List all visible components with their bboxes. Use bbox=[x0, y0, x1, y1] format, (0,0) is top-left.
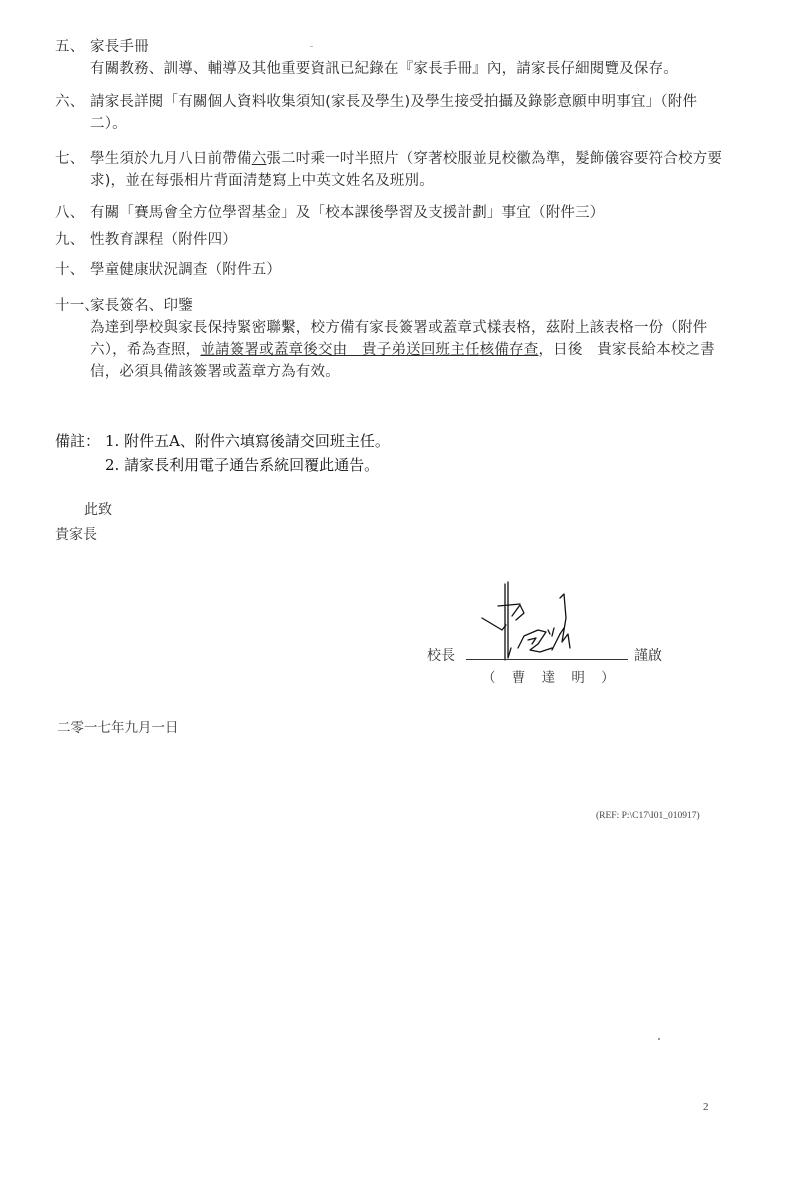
underlined-text: 並請簽署或蓋章後交由 貴子弟送回班主任核備存查 bbox=[200, 342, 538, 358]
document-page: 五、 家長手冊 有關教務、訓導、輔導及其他重要資訊已紀錄在『家長手冊』內，請家長… bbox=[0, 0, 800, 1200]
text-part: 學生須於九月八日前帶備 bbox=[90, 151, 252, 167]
section-number: 五、 bbox=[55, 36, 89, 58]
principal-label: 校長 bbox=[427, 645, 455, 665]
section-handbook: 五、 家長手冊 有關教務、訓導、輔導及其他重要資訊已紀錄在『家長手冊』內，請家長… bbox=[55, 36, 725, 80]
section-learning-fund: 八、 有關「賽馬會全方位學習基金」及「校本課後學習及支援計劃」事宜（附件三） bbox=[55, 202, 725, 224]
closing-salutation: 此致 bbox=[84, 499, 112, 519]
section-privacy-notice: 六、 請家長詳閱「有關個人資料收集須知(家長及學生)及學生接受拍攝及錄影意願申明… bbox=[55, 91, 725, 135]
signature-line bbox=[466, 659, 628, 660]
section-text: 請家長詳閱「有關個人資料收集須知(家長及學生)及學生接受拍攝及錄影意願申明事宜」… bbox=[90, 91, 725, 135]
section-text: 有關「賽馬會全方位學習基金」及「校本課後學習及支援計劃」事宜（附件三） bbox=[90, 202, 725, 224]
remarks: 備註：1. 附件五A、附件六填寫後請交回班主任。 2. 請家長利用電子通告系統回… bbox=[55, 429, 390, 477]
section-number: 十一、 bbox=[55, 295, 89, 317]
closing-recipient: 貴家長 bbox=[55, 524, 97, 544]
signature-image bbox=[480, 578, 590, 663]
scan-speck bbox=[310, 46, 313, 47]
section-text: 學童健康狀況調查（附件五） bbox=[90, 259, 725, 281]
section-title: 家長手冊 bbox=[90, 36, 725, 58]
reference-code: (REF: P:\C17\I01_010917) bbox=[596, 811, 700, 821]
section-text: 為達到學校與家長保持緊密聯繫，校方備有家長簽署或蓋章式樣表格，茲附上該表格一份（… bbox=[90, 317, 725, 383]
scan-speck bbox=[658, 1038, 660, 1040]
section-title: 家長簽名、印鑒 bbox=[90, 295, 725, 317]
section-number: 八、 bbox=[55, 202, 89, 224]
section-parent-signature: 十一、 家長簽名、印鑒 為達到學校與家長保持緊密聯繫，校方備有家長簽署或蓋章式樣… bbox=[55, 295, 725, 383]
section-number: 十、 bbox=[55, 259, 89, 281]
remark-item: 2. 請家長利用電子通告系統回覆此通告。 bbox=[105, 456, 379, 474]
section-sex-education: 九、 性教育課程（附件四） bbox=[55, 229, 725, 251]
underlined-text: 六 bbox=[252, 151, 267, 167]
section-text: 有關教務、訓導、輔導及其他重要資訊已紀錄在『家長手冊』內，請家長仔細閱覽及保存。 bbox=[90, 58, 725, 80]
section-number: 九、 bbox=[55, 229, 89, 251]
section-health-survey: 十、 學童健康狀況調查（附件五） bbox=[55, 259, 725, 281]
section-photos: 七、 學生須於九月八日前帶備六張二吋乘一吋半照片（穿著校服並見校徽為準，髮飾儀容… bbox=[55, 148, 725, 192]
principal-name: （ 曹 達 明 ） bbox=[482, 666, 621, 686]
section-number: 六、 bbox=[55, 91, 89, 113]
section-number: 七、 bbox=[55, 148, 89, 170]
remarks-label: 備註： bbox=[55, 429, 105, 453]
page-number: 2 bbox=[703, 1101, 709, 1113]
remark-item: 1. 附件五A、附件六填寫後請交回班主任。 bbox=[105, 432, 390, 450]
section-text: 性教育課程（附件四） bbox=[90, 229, 725, 251]
section-text: 學生須於九月八日前帶備六張二吋乘一吋半照片（穿著校服並見校徽為準，髮飾儀容要符合… bbox=[90, 148, 725, 192]
document-date: 二零一七年九月一日 bbox=[57, 716, 179, 736]
signature-closing: 謹啟 bbox=[634, 645, 662, 665]
